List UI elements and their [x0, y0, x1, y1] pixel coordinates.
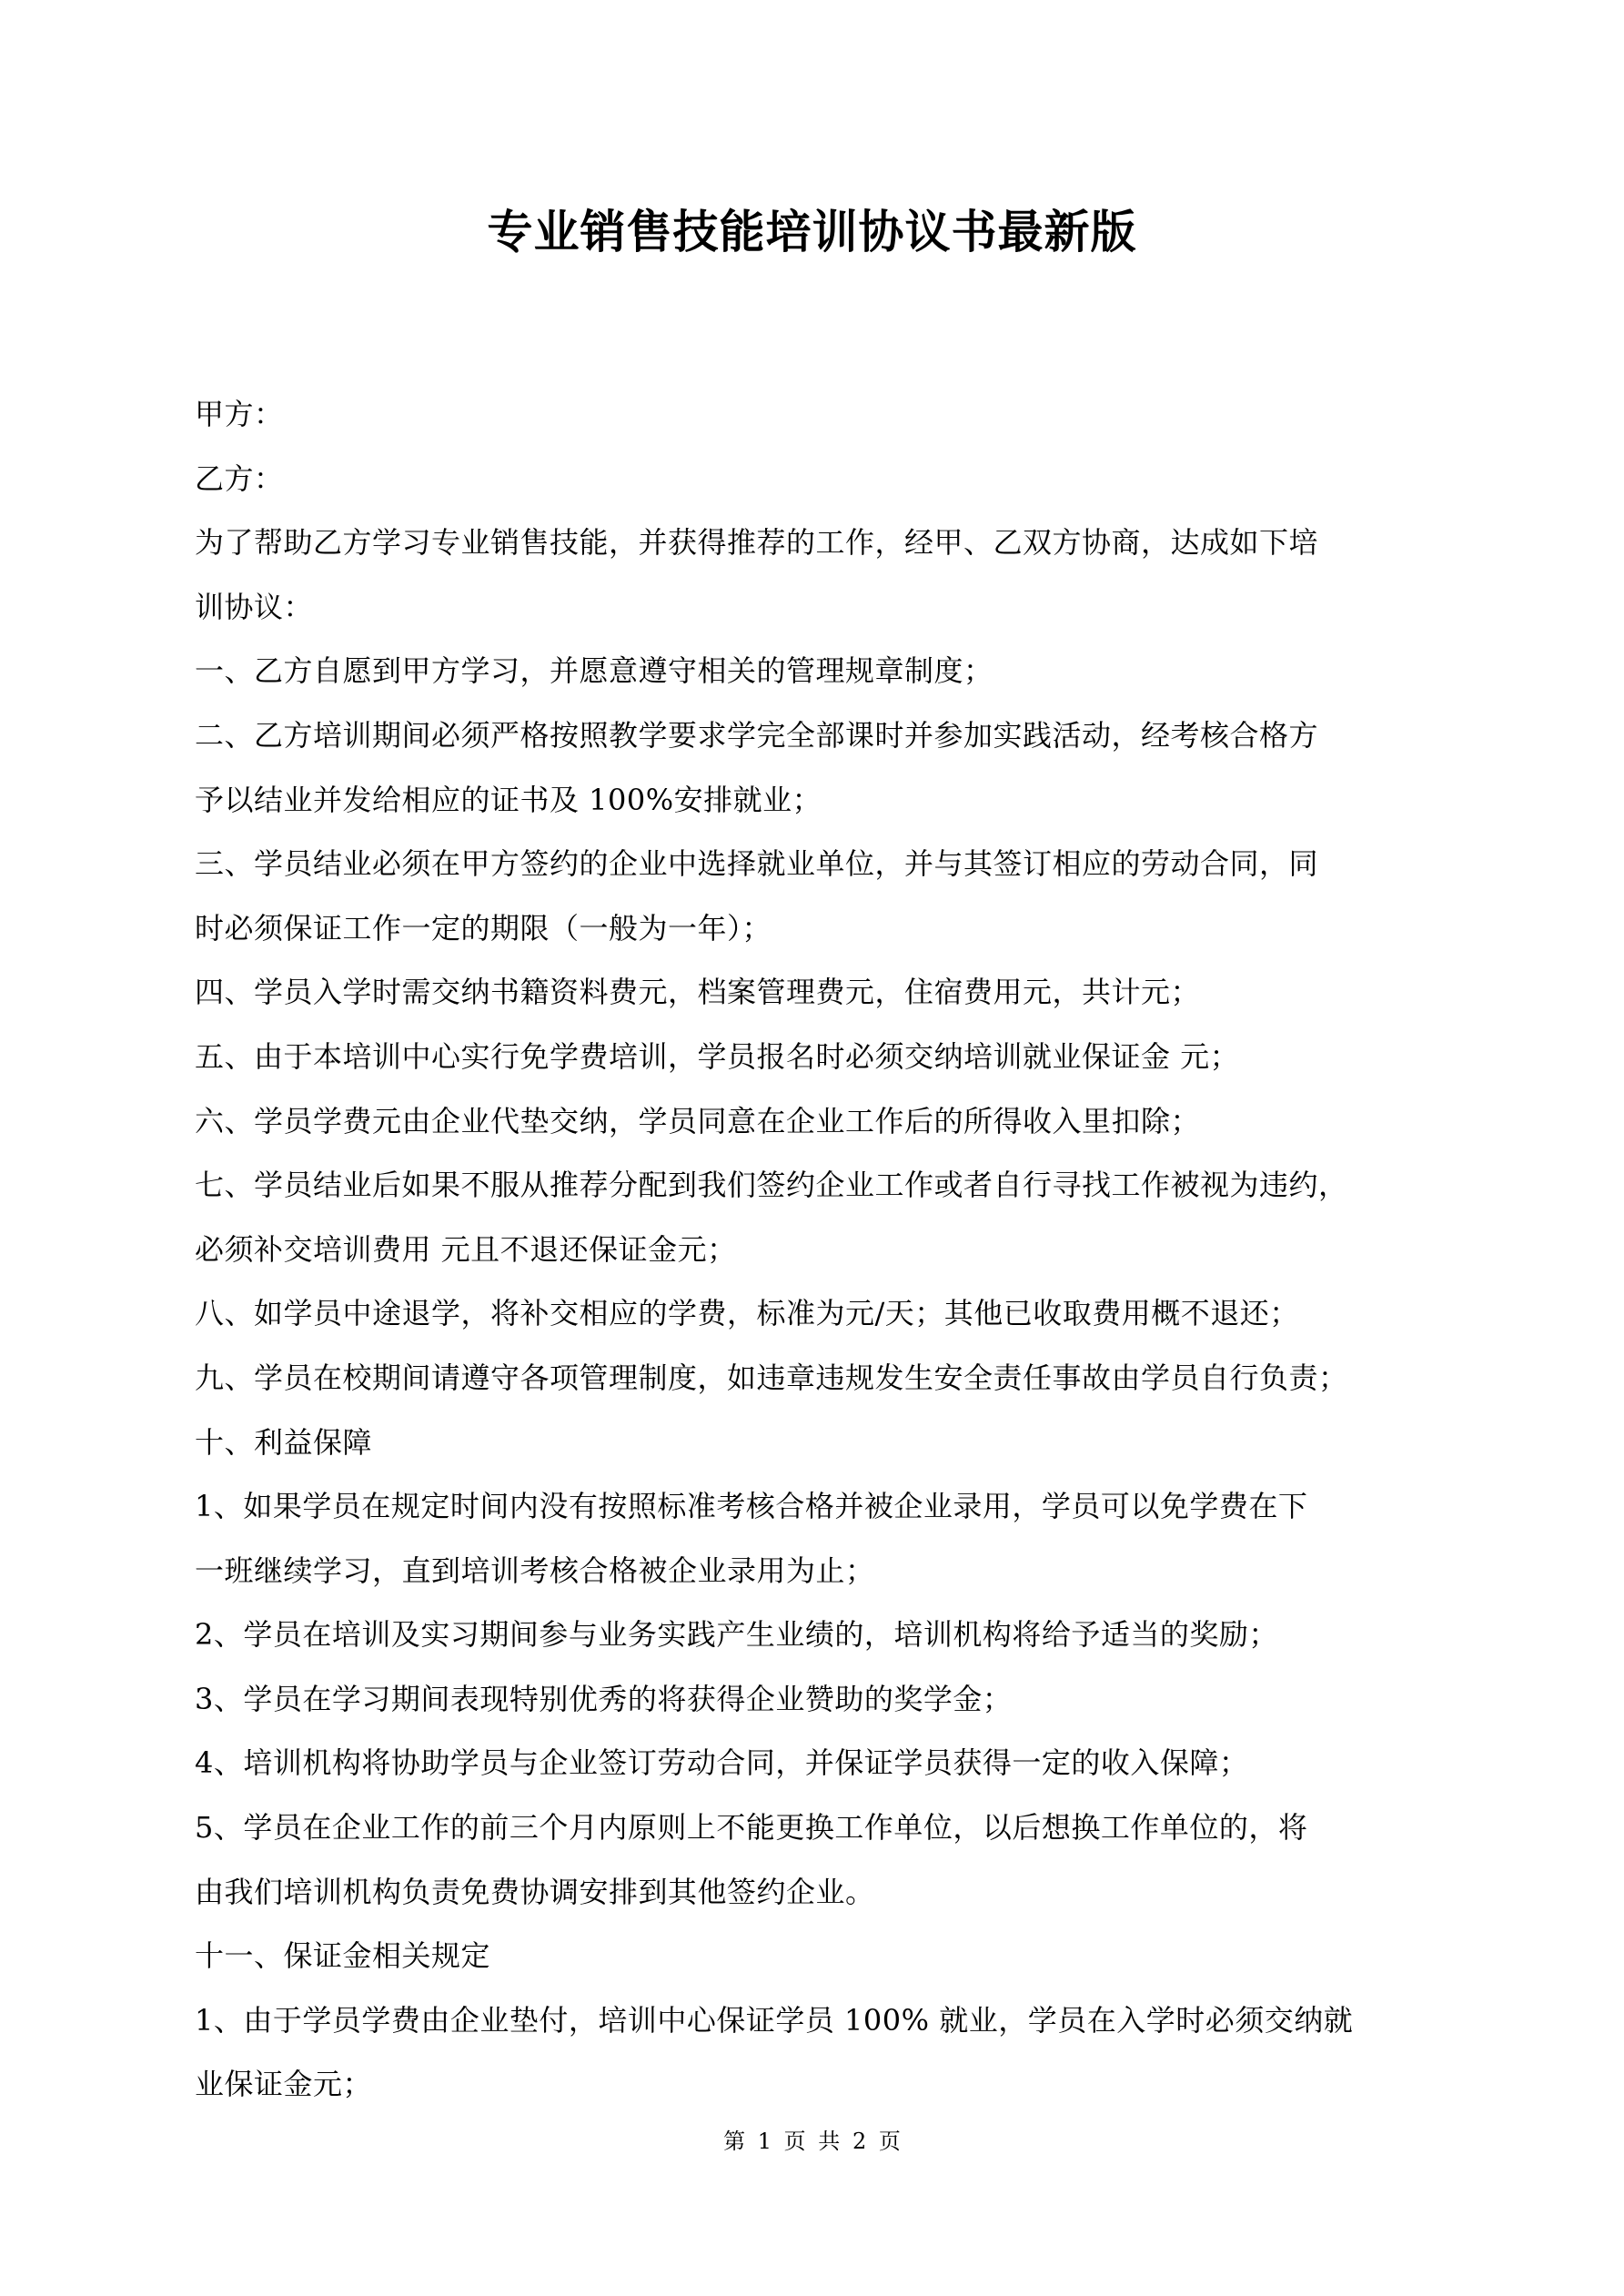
benefit-4: 4、培训机构将协助学员与企业签订劳动合同，并保证学员获得一定的收入保障； — [195, 1731, 1468, 1795]
benefit-1: 1、如果学员在规定时间内没有按照标准考核合格并被企业录用，学员可以免学费在下 — [195, 1474, 1468, 1539]
clause-1: 一、乙方自愿到甲方学习，并愿意遵守相关的管理规章制度； — [195, 639, 1468, 703]
preamble-line: 为了帮助乙方学习专业销售技能，并获得推荐的工作，经甲、乙双方协商，达成如下培 — [195, 511, 1468, 575]
clause-3-cont: 时必须保证工作一定的期限（一般为一年）； — [195, 896, 1468, 961]
deposit-rule-1-cont: 业保证金元； — [195, 2052, 1468, 2117]
clause-3: 三、学员结业必须在甲方签约的企业中选择就业单位，并与其签订相应的劳动合同，同 — [195, 832, 1468, 896]
deposit-rule-1: 1、由于学员学费由企业垫付，培训中心保证学员 100% 就业，学员在入学时必须交… — [195, 1988, 1468, 2053]
benefit-3: 3、学员在学习期间表现特别优秀的将获得企业赞助的奖学金； — [195, 1667, 1468, 1732]
clause-7: 七、学员结业后如果不服从推荐分配到我们签约企业工作或者自行寻找工作被视为违约， — [195, 1153, 1468, 1218]
clause-9: 九、学员在校期间请遵守各项管理制度，如违章违规发生安全责任事故由学员自行负责； — [195, 1346, 1468, 1411]
benefit-1-cont: 一班继续学习，直到培训考核合格被企业录用为止； — [195, 1539, 1468, 1603]
document-body: 甲方： 乙方： 为了帮助乙方学习专业销售技能，并获得推荐的工作，经甲、乙双方协商… — [195, 382, 1468, 2117]
clause-2: 二、乙方培训期间必须严格按照教学要求学完全部课时并参加实践活动，经考核合格方 — [195, 703, 1468, 768]
benefit-2: 2、学员在培训及实习期间参与业务实践产生业绩的，培训机构将给予适当的奖励； — [195, 1603, 1468, 1667]
benefit-5: 5、学员在企业工作的前三个月内原则上不能更换工作单位，以后想换工作单位的，将 — [195, 1795, 1468, 1860]
clause-5: 五、由于本培训中心实行免学费培训，学员报名时必须交纳培训就业保证金 元； — [195, 1025, 1468, 1089]
section-10-heading: 十、利益保障 — [195, 1411, 1468, 1475]
benefit-5-cont: 由我们培训机构负责免费协调安排到其他签约企业。 — [195, 1860, 1468, 1925]
document-page: 专业销售技能培训协议书最新版 甲方： 乙方： 为了帮助乙方学习专业销售技能，并获… — [0, 0, 1624, 2296]
page-number-footer: 第 1 页 共 2 页 — [0, 2128, 1624, 2155]
party-a-line: 甲方： — [195, 382, 1468, 447]
section-11-heading: 十一、保证金相关规定 — [195, 1924, 1468, 1988]
clause-7-cont: 必须补交培训费用 元且不退还保证金元； — [195, 1218, 1468, 1282]
clause-2-cont: 予以结业并发给相应的证书及 100%安排就业； — [195, 768, 1468, 833]
document-title: 专业销售技能培训协议书最新版 — [0, 205, 1624, 259]
party-b-line: 乙方： — [195, 447, 1468, 511]
clause-6: 六、学员学费元由企业代垫交纳，学员同意在企业工作后的所得收入里扣除； — [195, 1089, 1468, 1154]
clause-4: 四、学员入学时需交纳书籍资料费元，档案管理费元，住宿费用元，共计元； — [195, 960, 1468, 1025]
clause-8: 八、如学员中途退学，将补交相应的学费，标准为元/天；其他已收取费用概不退还； — [195, 1281, 1468, 1346]
preamble-line: 训协议： — [195, 575, 1468, 640]
